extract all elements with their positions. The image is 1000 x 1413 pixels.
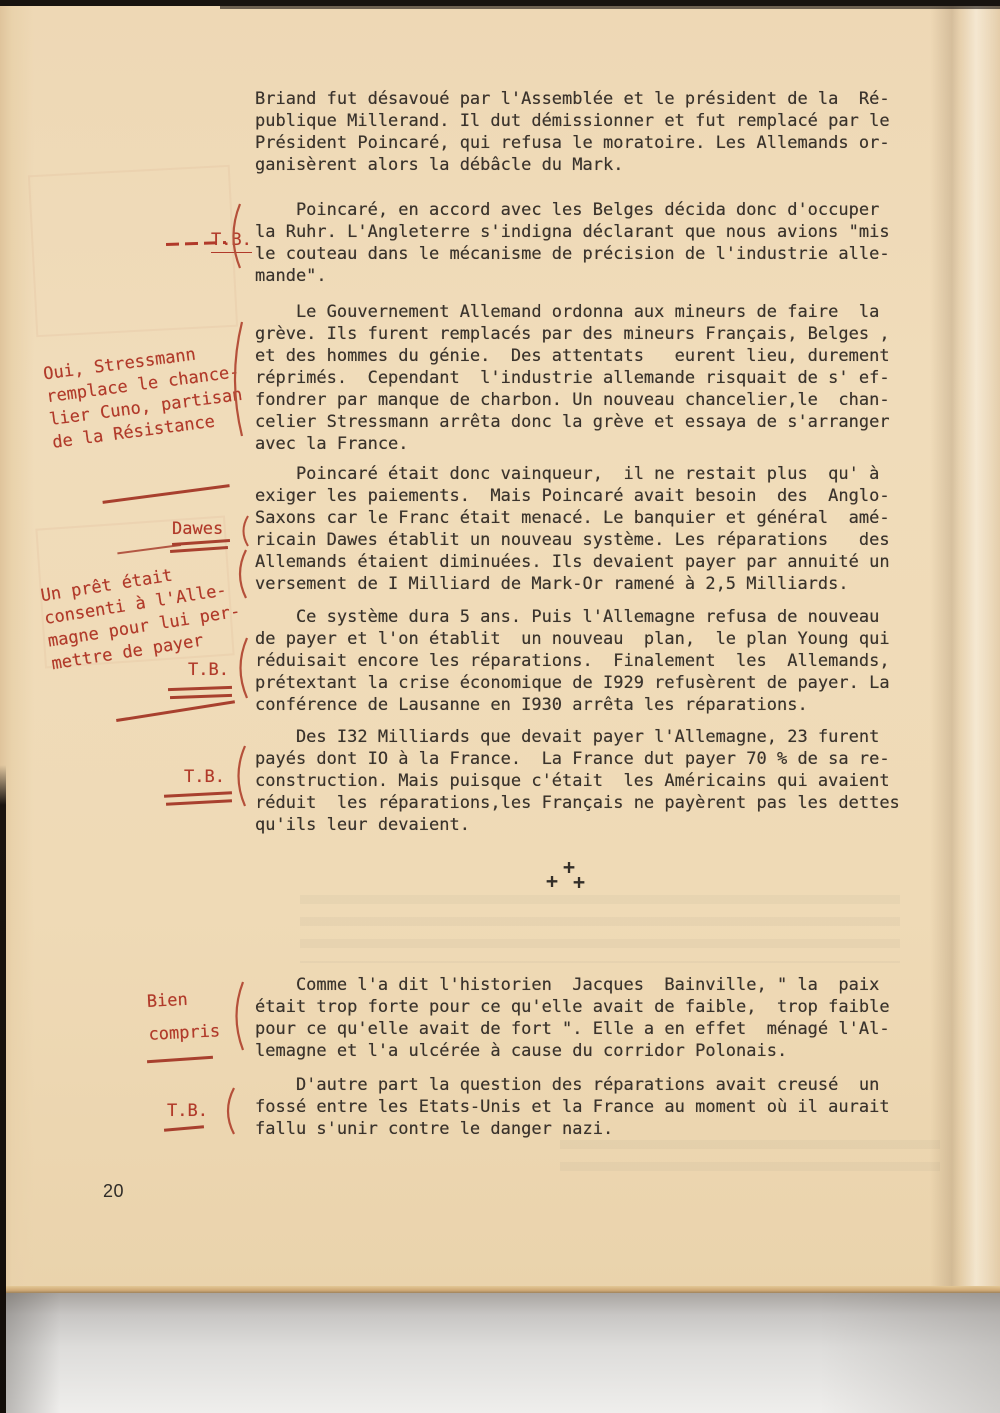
scanned-page: Briand fut désavoué par l'Assemblée et l… [0, 0, 1000, 1413]
brace-mark-paragraph-8 [221, 1086, 237, 1136]
note-text: Oui, Stressmann remplace le chance- lier… [42, 338, 247, 455]
plus-glyph: + [546, 874, 558, 888]
paragraph-1: Briand fut désavoué par l'Assemblée et l… [255, 88, 890, 176]
brace-mark-paragraph-3 [229, 320, 245, 438]
margin-note-tb-3: T.B. [184, 766, 225, 789]
margin-note-bien-compris: Bien compris [146, 982, 221, 1052]
margin-note-tb-4: T.B. [167, 1100, 208, 1123]
brace-mark-paragraph-2 [227, 202, 243, 270]
scan-left-edge [0, 765, 6, 1413]
note-underline [116, 700, 235, 722]
paragraph-2: Poincaré, en accord avec les Belges déci… [255, 199, 890, 287]
scanner-bed-shadow [0, 1293, 1000, 1413]
brace-mark-paragraph-4 [233, 548, 249, 600]
paragraph-3: Le Gouvernement Allemand ordonna aux min… [255, 301, 890, 455]
margin-note-loan: Un prêt était consenti à l'Alle- magne p… [32, 510, 261, 776]
brace-mark-dawes [237, 514, 251, 548]
brace-mark-paragraph-7 [230, 980, 246, 1052]
margin-note-tb-2: T.B. [188, 659, 229, 682]
section-separator: + + + [546, 860, 592, 892]
brace-mark-paragraph-6 [232, 744, 248, 808]
page-number: 20 [103, 1181, 124, 1202]
paragraph-7: Comme l'a dit l'historien Jacques Bainvi… [255, 974, 890, 1062]
paragraph-4: Poincaré était donc vainqueur, il ne res… [255, 463, 890, 595]
paragraph-5: Ce système dura 5 ans. Puis l'Allemagne … [255, 606, 890, 716]
paragraph-8: D'autre part la question des réparations… [255, 1074, 890, 1140]
paragraph-6: Des I32 Milliards que devait payer l'All… [255, 726, 900, 836]
scan-top-edge-shadow [220, 5, 1000, 9]
note-underline [102, 484, 229, 504]
page-crease-shadow [930, 5, 1000, 1293]
plus-glyph: + [573, 875, 585, 889]
brace-mark-paragraph-5 [234, 636, 250, 700]
